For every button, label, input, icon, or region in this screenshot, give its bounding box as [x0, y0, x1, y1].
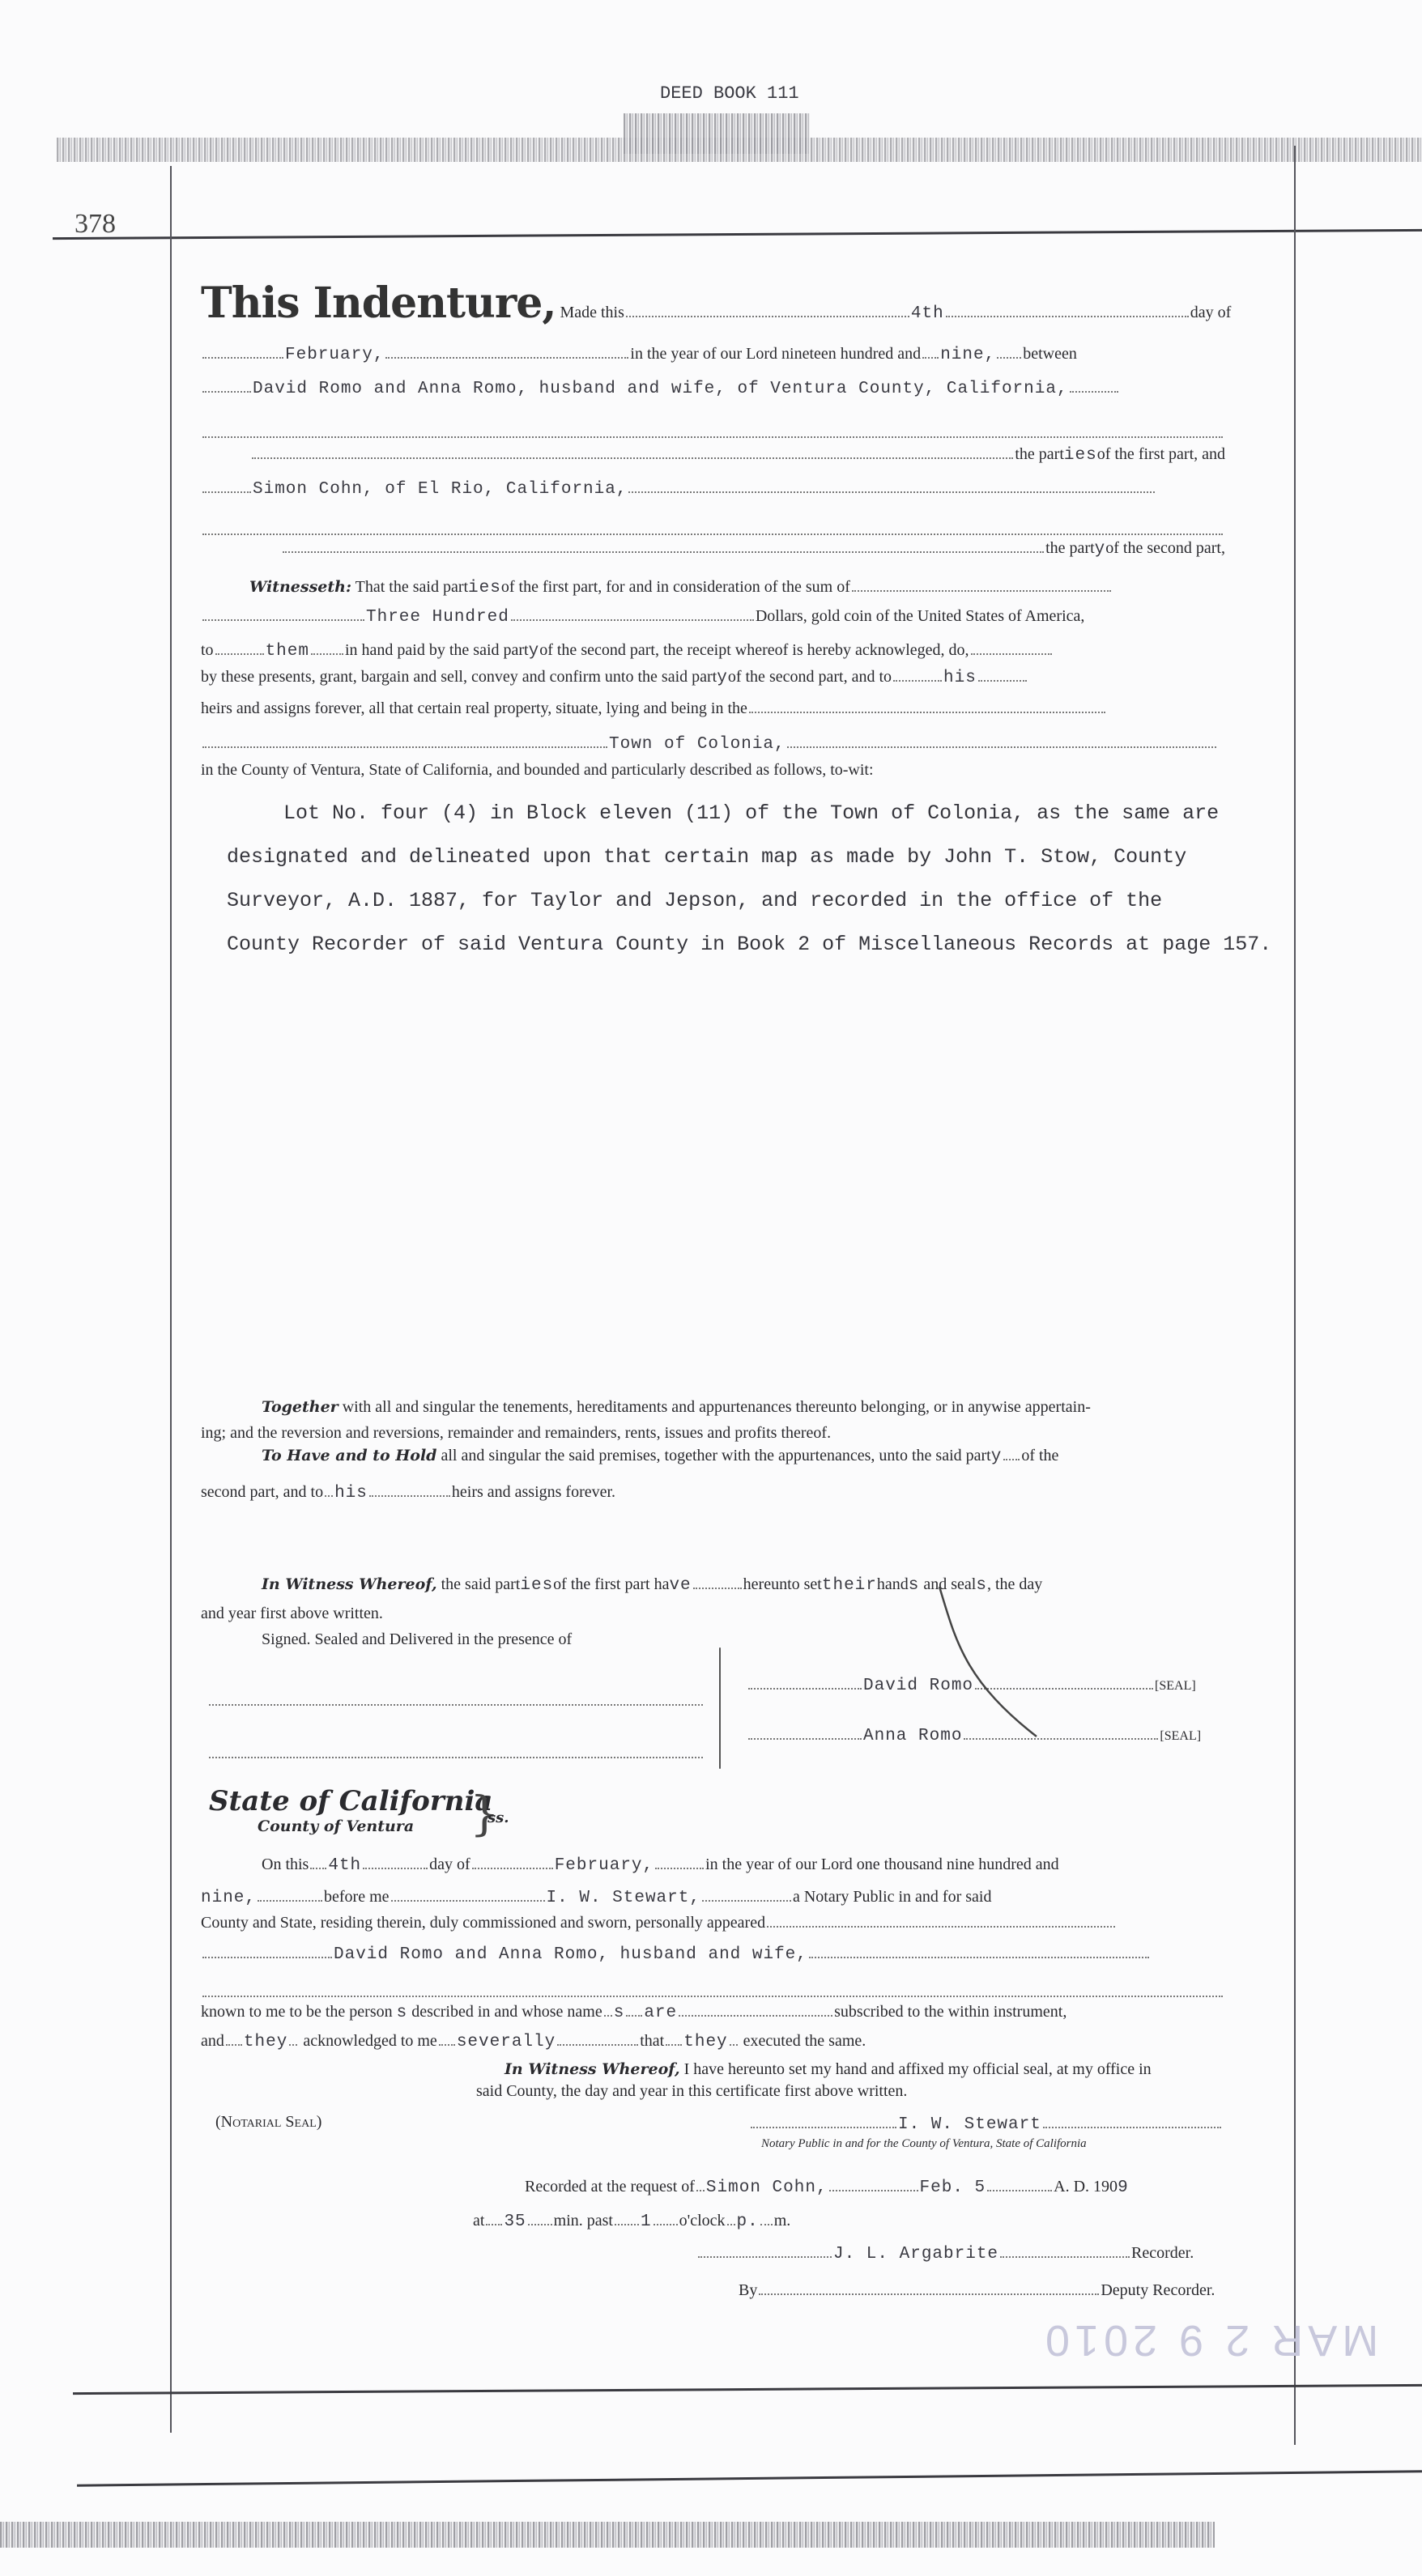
signature-brace: [719, 1647, 721, 1769]
notarial-seal-label: (Notarial Seal): [215, 2113, 321, 2132]
ss-label: ss.: [487, 1809, 509, 1826]
witnesseth-line-1: Witnesseth: That the said partiesof the …: [201, 576, 1225, 599]
notary-witness-line-2: said County, the day and year in this ce…: [201, 2081, 1225, 2102]
signed-label: Signed. Sealed and Delivered in the pres…: [201, 1629, 1225, 1650]
top-rule: [53, 229, 1422, 240]
notary-caption: Notary Public in and for the County of V…: [761, 2137, 1087, 2151]
bottom-rule-2: [77, 2470, 1422, 2486]
witness-line-1: In Witness Whereof, the said partiesof t…: [201, 1574, 1225, 1596]
together-heading: Together: [262, 1398, 338, 1416]
notary-line-4: David Romo and Anna Romo, husband and wi…: [201, 1943, 1225, 1966]
notary-witness-heading: In Witness Whereof,: [505, 2060, 680, 2078]
habendum-line-1: To Have and to Hold all and singular the…: [201, 1445, 1225, 1468]
witnesseth-line-3: tothemin hand paid by the said partyof t…: [201, 640, 1225, 662]
witness-heading: In Witness Whereof,: [262, 1575, 437, 1593]
notary-line-1: On this4thday ofFebruary,in the year of …: [201, 1854, 1225, 1877]
notary-signature-row: I. W. Stewart: [749, 2115, 1239, 2134]
witnesseth-line-7: in the County of Ventura, State of Calif…: [201, 759, 1225, 780]
indenture-title: This Indenture,: [201, 278, 556, 328]
scan-noise-bottom: [0, 2522, 1215, 2548]
recording-date: Feb. 5: [920, 2179, 986, 2197]
page-number: 378: [75, 209, 116, 240]
pen-stroke: [931, 1583, 1053, 1741]
notary-signature: I. W. Stewart: [898, 2115, 1041, 2134]
deputy-row: ByDeputy Recorder.: [739, 2281, 1215, 2300]
description-line-1: Lot No. four (4) in Block eleven (11) of…: [283, 801, 1219, 825]
witnesseth-line-4: by these presents, grant, bargain and se…: [201, 666, 1225, 689]
indenture-line-3: David Romo and Anna Romo, husband and wi…: [201, 377, 1225, 400]
indenture-line-6: Simon Cohn, of El Rio, California,: [201, 478, 1225, 500]
notary-witness-line-1: In Witness Whereof, I have hereunto set …: [201, 2059, 1225, 2080]
seal-label-1: [SEAL]: [1155, 1679, 1196, 1693]
scan-noise-top-center: [624, 113, 810, 154]
notary-line-2: nine,before meI. W. Stewart,a Notary Pub…: [201, 1886, 1225, 1909]
deed-book-label: DEED BOOK 111: [660, 83, 799, 104]
persons-appeared: David Romo and Anna Romo, husband and wi…: [334, 1945, 807, 1964]
bottom-rule: [73, 2384, 1422, 2395]
indenture-month: February,: [285, 346, 384, 364]
witness-line-2: and year first above written.: [201, 1603, 1225, 1624]
description-line-3: Surveyor, A.D. 1887, for Taylor and Jeps…: [227, 889, 1162, 912]
recording-line-1: Recorded at the request ofSimon Cohn,Feb…: [525, 2178, 1129, 2197]
description-line-4: County Recorder of said Ventura County i…: [227, 933, 1271, 956]
together-line-1: Together with all and singular the tenem…: [201, 1396, 1225, 1418]
indenture-line-8: the partyof the second part,: [201, 538, 1225, 560]
recording-minutes: 35: [504, 2213, 526, 2231]
witnesseth-heading: Witnesseth:: [249, 578, 351, 596]
witnesseth-line-6: Town of Colonia,: [201, 733, 1225, 755]
notary-state: State of California County of Ventura: [209, 1785, 492, 1835]
together-line-2: ing; and the reversion and reversions, r…: [201, 1422, 1225, 1443]
grantors: David Romo and Anna Romo, husband and wi…: [253, 380, 1068, 398]
indenture-year: nine,: [940, 346, 995, 364]
notary-line-3: County and State, residing therein, duly…: [201, 1912, 1225, 1933]
recording-requester: Simon Cohn,: [706, 2179, 828, 2197]
notary-name: I. W. Stewart,: [547, 1889, 700, 1907]
witnesseth-line-2: Three HundredDollars, gold coin of the U…: [201, 606, 1225, 628]
indenture-line-2: February,in the year of our Lord ninetee…: [201, 343, 1225, 366]
witnesseth-line-5: heirs and assigns forever, all that cert…: [201, 698, 1225, 719]
left-margin-line: [170, 166, 172, 2433]
indenture-line-5: the partiesof the first part, and: [201, 444, 1225, 466]
right-margin-line: [1294, 146, 1296, 2445]
recording-hour: 1: [641, 2213, 652, 2231]
indenture-line-1: This Indenture, Made this4thday of: [201, 293, 1225, 325]
habendum-line-2: second part, and tohisheirs and assigns …: [201, 1481, 1225, 1504]
recorder-row: J. L. ArgabriteRecorder.: [696, 2244, 1194, 2264]
notary-line-5: [201, 1982, 1225, 2003]
recorder-name: J. L. Argabrite: [833, 2245, 998, 2264]
county-heading: County of Ventura: [258, 1817, 492, 1835]
grantee: Simon Cohn, of El Rio, California,: [253, 480, 627, 499]
consideration-sum: Three Hundred: [366, 608, 509, 627]
description-line-2: designated and delineated upon that cert…: [227, 845, 1186, 869]
indenture-day: 4th: [911, 304, 944, 323]
notary-line-7: andthey acknowledged to meseverallythatt…: [201, 2030, 1225, 2053]
notary-line-6: known to me to be the person s described…: [201, 2001, 1225, 2024]
habendum-heading: To Have and to Hold: [262, 1447, 436, 1464]
witness-signature-line-2: [209, 1757, 703, 1758]
witness-signature-line-1: [209, 1704, 703, 1706]
indenture-line-4: [201, 423, 1225, 444]
property-location: Town of Colonia,: [609, 735, 786, 754]
seal-label-2: [SEAL]: [1160, 1729, 1201, 1743]
received-date-stamp: MAR 2 9 2010: [1041, 2315, 1378, 2366]
state-heading: State of California: [209, 1785, 492, 1817]
recording-line-2: at35min. past1o'clockp.m.: [473, 2212, 790, 2231]
